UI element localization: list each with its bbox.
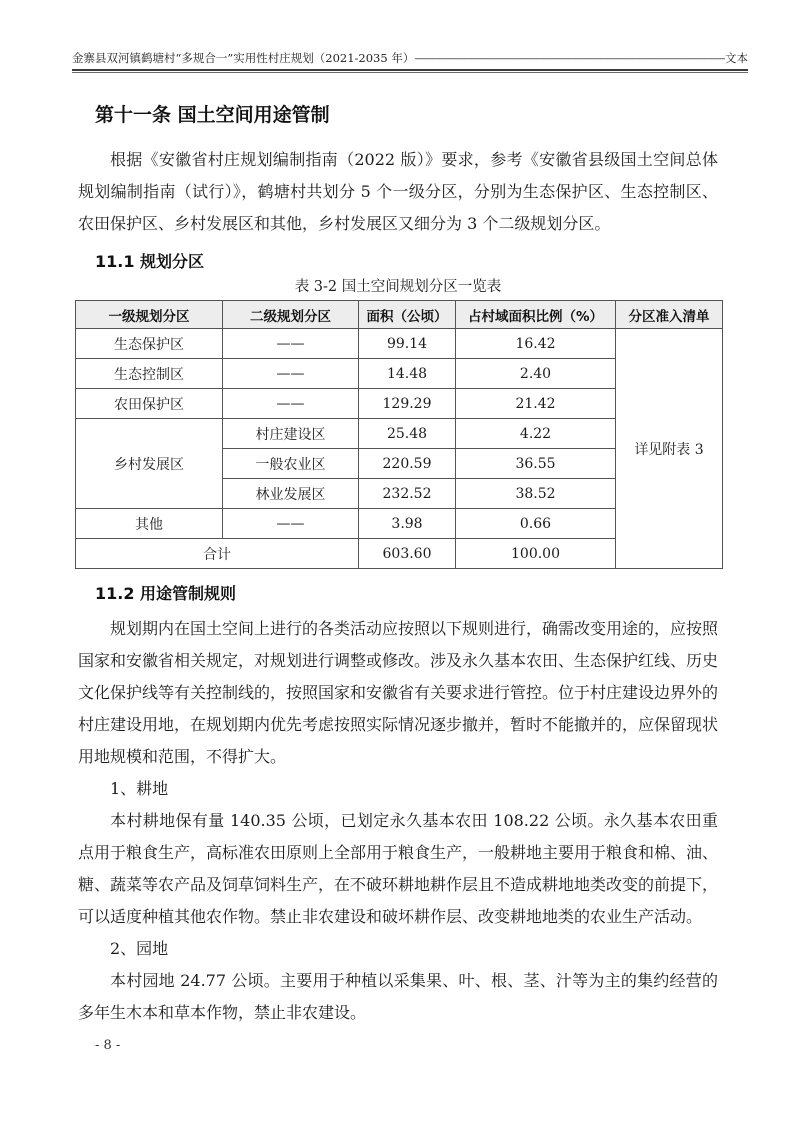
cell-admission-note: 详见附表 3 [616,329,723,569]
column-header-level2: 二级规划分区 [223,301,359,329]
running-header-dashes: —————————————————————————————— [414,51,725,65]
cell-level1: 生态保护区 [76,329,223,359]
cell-area: 99.14 [359,329,456,359]
cell-area: 232.52 [359,479,456,509]
cell-pct: 36.55 [456,449,616,479]
column-header-area: 面积（公顷） [359,301,456,329]
section-heading-11-1: 11.1 规划分区 [95,251,718,273]
item-label-cultivated-land: 1、耕地 [78,773,718,805]
cell-pct: 4.22 [456,419,616,449]
cell-area: 220.59 [359,449,456,479]
intro-paragraph: 根据《安徽省村庄规划编制指南（2022 版）》要求，参考《安徽省县级国土空间总体… [78,144,718,240]
cell-level1: 生态控制区 [76,359,223,389]
column-header-level1: 一级规划分区 [76,301,223,329]
cell-level2: —— [223,359,359,389]
column-header-admission: 分区准入清单 [616,301,723,329]
cell-pct: 0.66 [456,509,616,539]
cell-area: 14.48 [359,359,456,389]
section-heading-11-2: 11.2 用途管制规则 [95,583,718,605]
cell-pct: 16.42 [456,329,616,359]
cell-total-area: 603.60 [359,539,456,569]
table-row: 生态保护区 —— 99.14 16.42 详见附表 3 [76,329,723,359]
cell-area: 3.98 [359,509,456,539]
cell-level2: —— [223,329,359,359]
cell-level1: 农田保护区 [76,389,223,419]
cultivated-land-paragraph: 本村耕地保有量 140.35 公顷，已划定永久基本农田 108.22 公顷。永久… [78,805,718,933]
table-header-row: 一级规划分区 二级规划分区 面积（公顷） 占村域面积比例（%） 分区准入清单 [76,301,723,329]
cell-total-pct: 100.00 [456,539,616,569]
cell-level2: 林业发展区 [223,479,359,509]
document-page: 金寨县双河镇鹤塘村“多规合一”实用性村庄规划（2021-2035 年） ————… [0,0,793,1122]
cell-total-label: 合计 [76,539,359,569]
cell-area: 25.48 [359,419,456,449]
cell-pct: 38.52 [456,479,616,509]
cell-area: 129.29 [359,389,456,419]
running-header-title: 金寨县双河镇鹤塘村“多规合一”实用性村庄规划（2021-2035 年） [72,50,414,66]
cell-pct: 21.42 [456,389,616,419]
item-label-garden-land: 2、园地 [78,933,718,965]
cell-level2: 村庄建设区 [223,419,359,449]
cell-level1: 乡村发展区 [76,419,223,509]
garden-land-paragraph: 本村园地 24.77 公顷。主要用于种植以采集果、叶、根、茎、汁等为主的集约经营… [78,965,718,1029]
zoning-table: 一级规划分区 二级规划分区 面积（公顷） 占村域面积比例（%） 分区准入清单 生… [75,300,723,569]
page-content: 第十一条 国土空间用途管制 根据《安徽省村庄规划编制指南（2022 版）》要求，… [78,92,718,1029]
cell-level2: 一般农业区 [223,449,359,479]
column-header-pct: 占村域面积比例（%） [456,301,616,329]
running-header-suffix: 文本 [725,50,748,66]
cell-pct: 2.40 [456,359,616,389]
article-title: 第十一条 国土空间用途管制 [95,102,718,128]
cell-level2: —— [223,389,359,419]
page-number: - 8 - [95,1038,120,1053]
rules-paragraph: 规划期内在国土空间上进行的各类活动应按照以下规则进行，确需改变用途的，应按照国家… [78,613,718,773]
cell-level2: —— [223,509,359,539]
cell-level1: 其他 [76,509,223,539]
running-header: 金寨县双河镇鹤塘村“多规合一”实用性村庄规划（2021-2035 年） ————… [72,50,748,71]
table-caption: 表 3-2 国土空间规划分区一览表 [78,277,718,297]
